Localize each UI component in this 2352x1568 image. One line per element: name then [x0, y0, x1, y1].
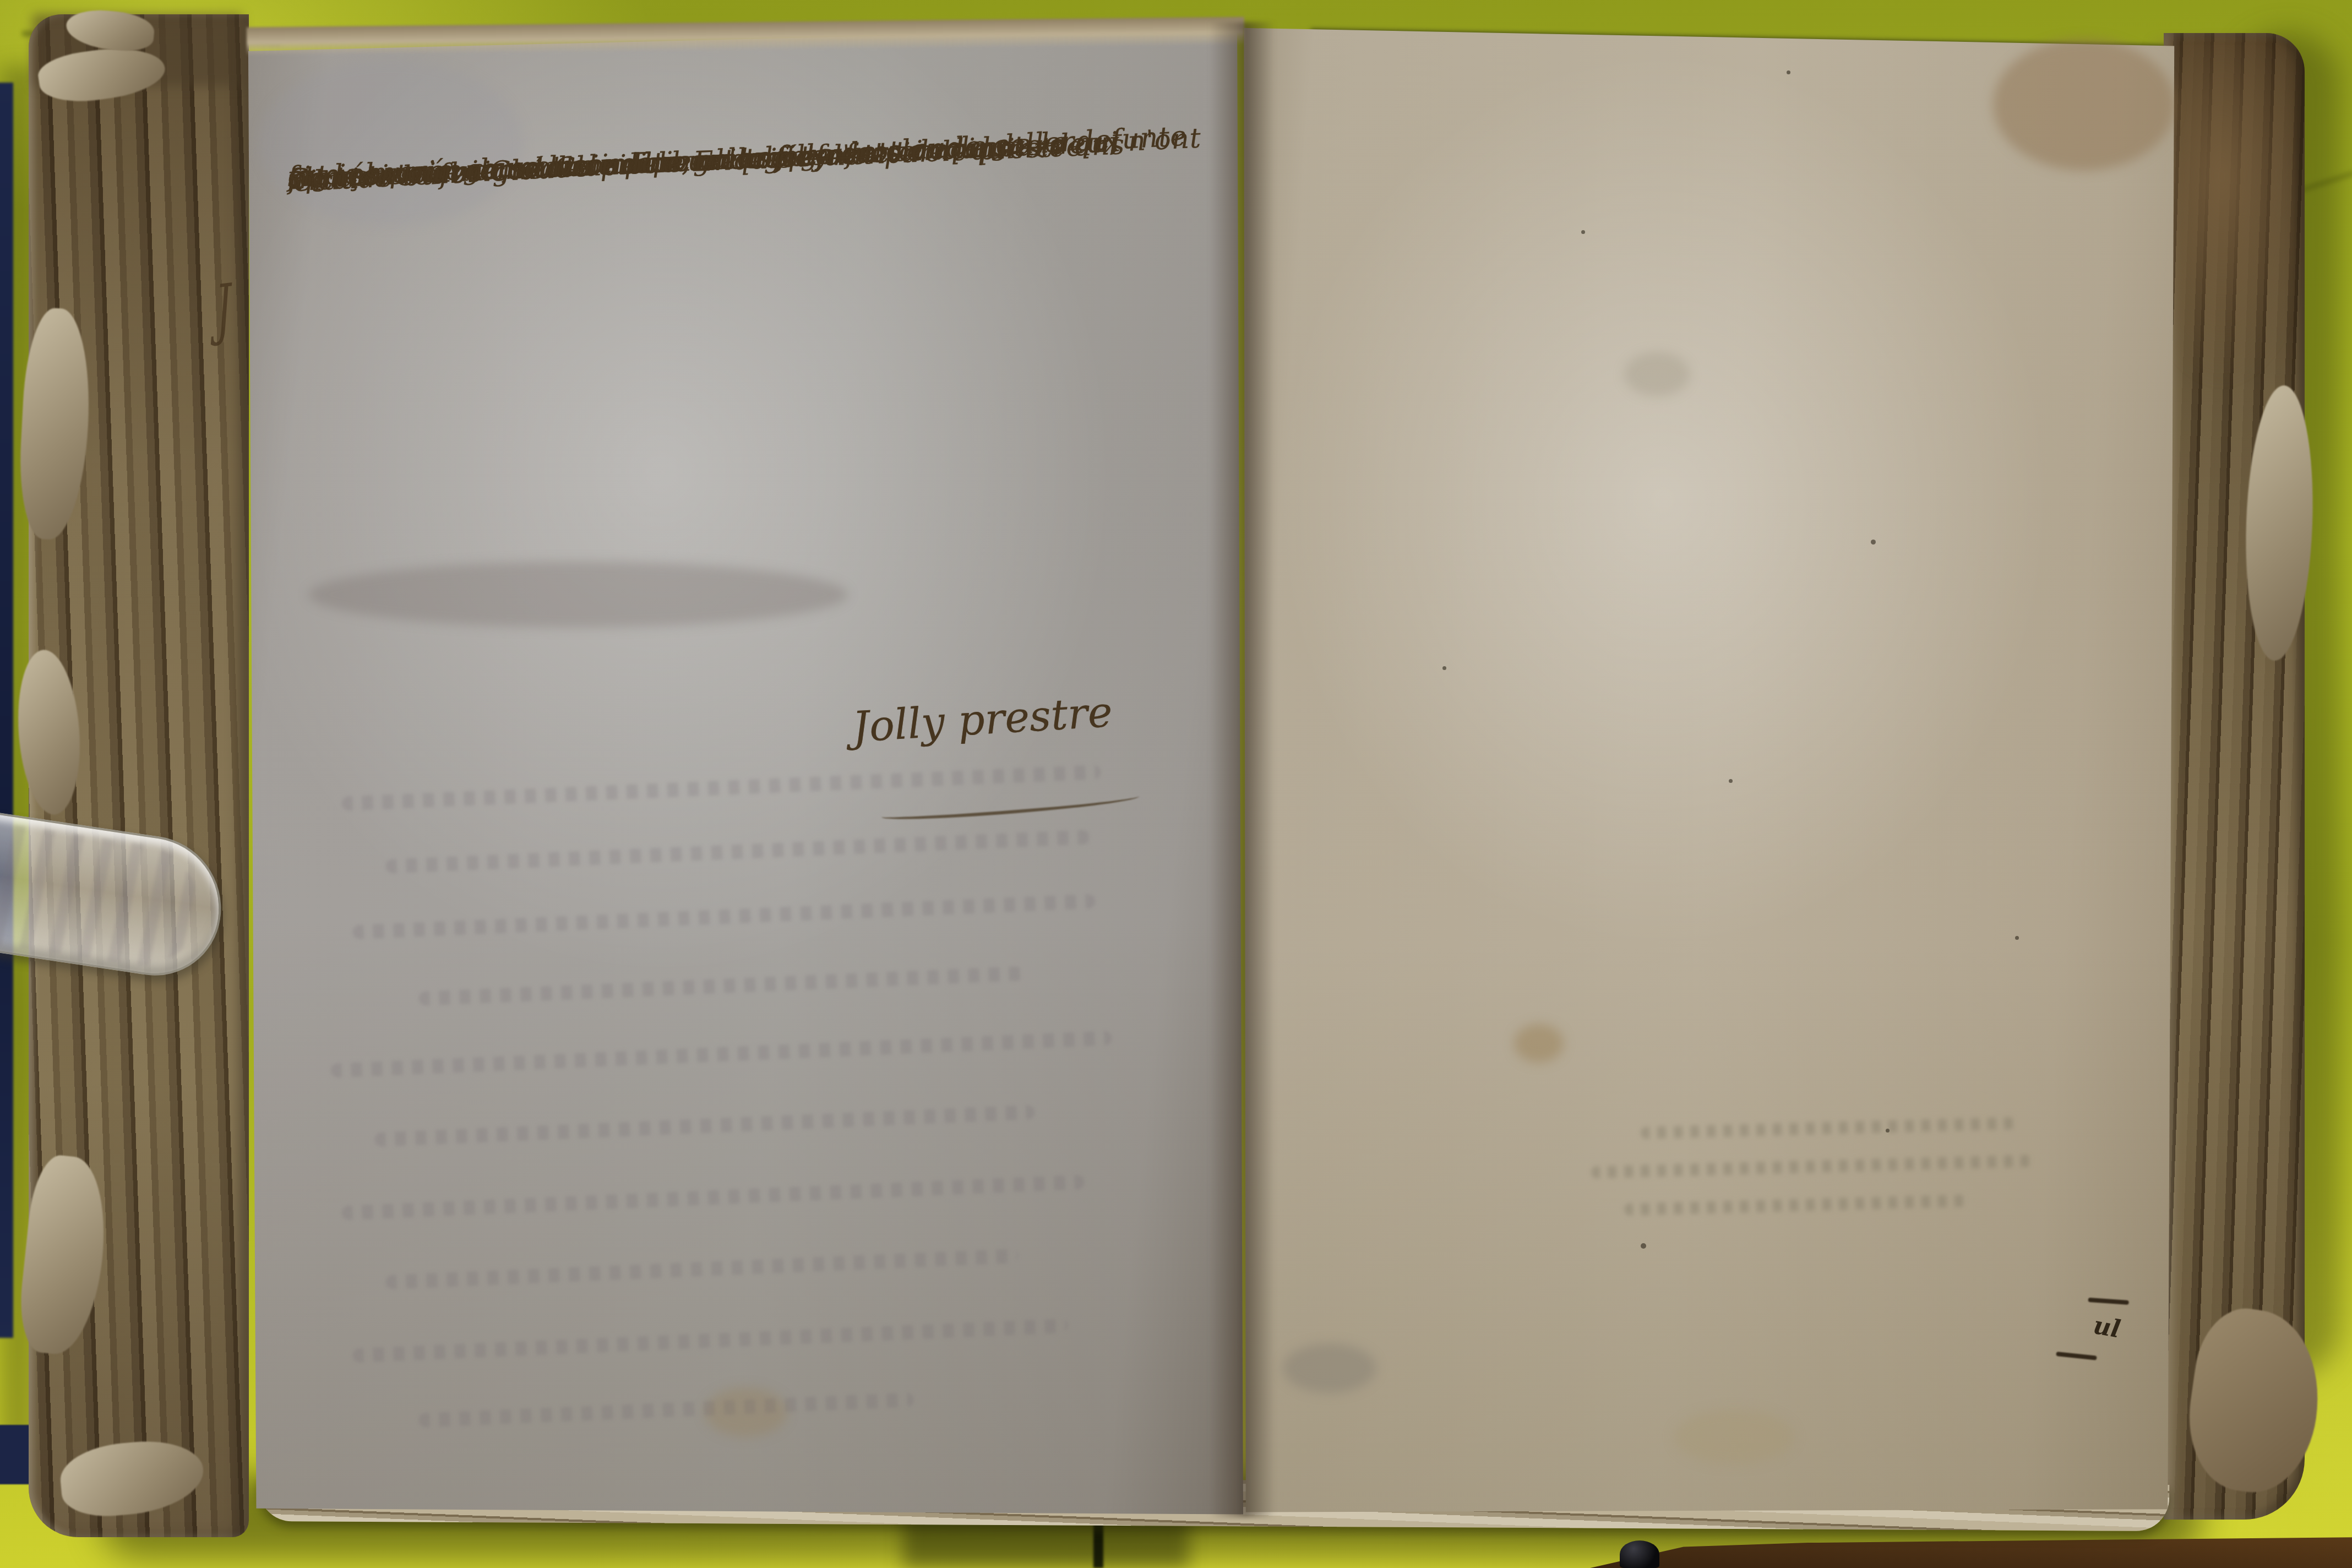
speck	[1442, 666, 1446, 670]
paper-stain	[1624, 352, 1690, 396]
speck	[1581, 230, 1585, 234]
speck	[1729, 779, 1733, 783]
book-gutter	[1209, 22, 1275, 1517]
speck	[1641, 1243, 1646, 1249]
speck	[1787, 70, 1790, 74]
dark-object	[1620, 1540, 1659, 1568]
book-cover-left-edge	[0, 83, 13, 1338]
worn-corner-stain	[1993, 39, 2175, 171]
photo-of-parish-register: J Ce trente unieme decembre mil sept cen…	[0, 0, 2352, 1568]
ink-smudge	[308, 562, 848, 628]
right-page	[1242, 22, 2178, 1515]
speck	[2015, 936, 2019, 940]
margin-flourish: J	[214, 270, 233, 348]
paper-stain	[1283, 1343, 1376, 1393]
ink-mark-text: ul	[2091, 1311, 2122, 1344]
clip-reflection	[0, 820, 208, 973]
paper-stain	[1674, 1409, 1795, 1464]
paper-stain	[1514, 1024, 1564, 1063]
speck	[1871, 540, 1876, 545]
